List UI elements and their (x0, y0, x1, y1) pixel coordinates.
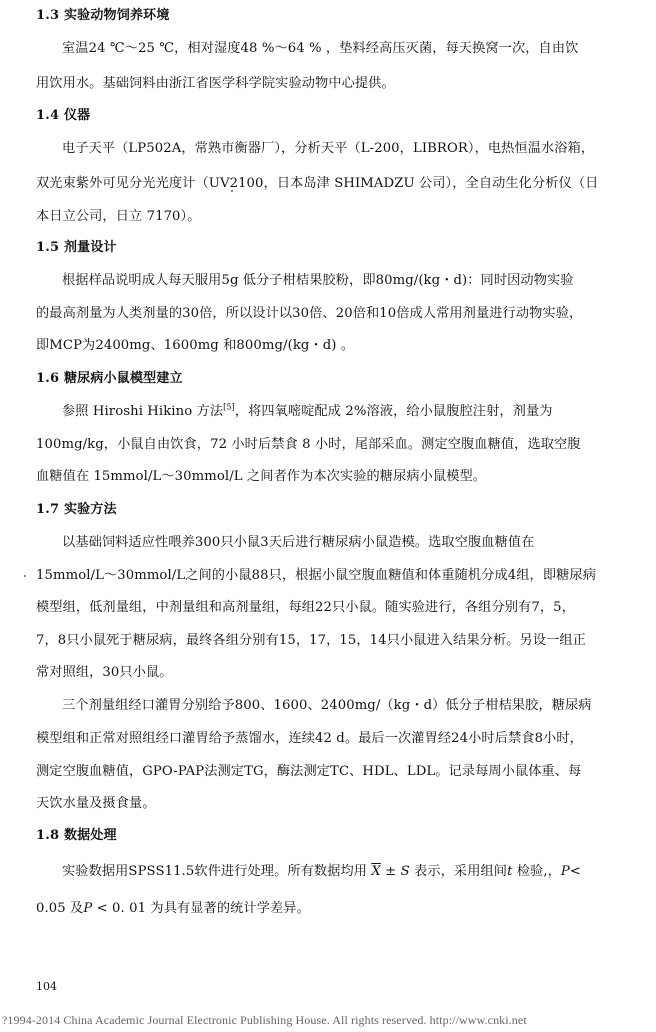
text: 参照 Hiroshi Hikino 方法 (62, 404, 223, 419)
paragraph-line: 即MCP为2400mg、1600mg 和800mg/(kg・d) 。 (36, 334, 354, 353)
paragraph-line: 100mg/kg，小鼠自由饮食，72 小时后禁食 8 小时，尾部采血。测定空腹血… (36, 433, 581, 452)
heading-1-3: 1.3 实验动物饲养环境 (36, 4, 170, 23)
sd-symbol: S (401, 864, 410, 879)
document-page: 1.3 实验动物饲养环境 室温24 ℃～25 ℃，相对湿度48 %～64 % ，… (0, 0, 656, 1032)
heading-1-4: 1.4 仪器 (36, 104, 90, 123)
paragraph-line: 三个剂量组经口灌胃分别给予800、1600、2400mg/（kg・d）低分子柑桔… (62, 694, 592, 713)
scan-speck (24, 575, 26, 577)
heading-1-5: 1.5 剂量设计 (36, 236, 117, 255)
paragraph-line: 根据样品说明成人每天服用5g 低分子柑桔果胶粉，即80mg/(kg・d)：同时因… (62, 269, 574, 288)
paragraph-line: 以基础饲料适应性喂养300只小鼠3天后进行糖尿病小鼠造模。选取空腹血糖值在 (62, 531, 534, 550)
paragraph-line: 15mmol/L～30mmol/L之间的小鼠88只，根据小鼠空腹血糖值和体重随机… (36, 564, 596, 583)
paragraph-line: 天饮水量及摄食量。 (36, 792, 156, 811)
heading-1-8: 1.8 数据处理 (36, 824, 117, 843)
paragraph-line: 0.05 及P < 0. 01 为具有显著的统计学差异。 (36, 897, 310, 916)
scan-speck (231, 190, 233, 192)
p-symbol: P (561, 864, 570, 879)
heading-1-6: 1.6 糖尿病小鼠模型建立 (36, 367, 183, 386)
paragraph-line: 电子天平（LP502A，常熟市衡器厂），分析天平（L-200，LIBROR），电… (62, 137, 594, 156)
paragraph-line: 双光束紫外可见分光光度计（UV2100，日本岛津 SHIMADZU 公司），全自… (36, 172, 598, 191)
heading-1-7: 1.7 实验方法 (36, 498, 117, 517)
p-symbol: P (83, 901, 92, 916)
mean-symbol: X (371, 864, 381, 879)
paragraph-line: 本日立公司，日立 7170）。 (36, 205, 201, 224)
paragraph-line: 常对照组，30只小鼠。 (36, 661, 173, 680)
paragraph-line: 室温24 ℃～25 ℃，相对湿度48 %～64 % ，垫料经高压灭菌，每天换窝一… (62, 37, 578, 56)
paragraph-line: 模型组，低剂量组，中剂量组和高剂量组，每组22只小鼠。随实验进行，各组分别有7，… (36, 596, 575, 615)
copyright-footer: ?1994-2014 China Academic Journal Electr… (2, 1013, 527, 1028)
text: < 0. 01 为具有显著的统计学差异。 (92, 901, 310, 916)
text: 检验,， (512, 864, 560, 879)
paragraph-line: 血糖值在 15mmol/L～30mmol/L 之间者作为本次实验的糖尿病小鼠模型… (36, 465, 486, 484)
paragraph-line: 的最高剂量为人类剂量的30倍，所以设计以30倍、20倍和10倍成人常用剂量进行动… (36, 302, 582, 321)
paragraph-line: 测定空腹血糖值，GPO-PAP法测定TG，酶法测定TC、HDL、LDL。记录每周… (36, 760, 581, 779)
paragraph-line: 用饮用水。基础饲料由浙江省医学科学院实验动物中心提供。 (36, 72, 395, 91)
text: ，将四氧嘧啶配成 2%溶液，给小鼠腹腔注射，剂量为 (235, 404, 553, 419)
paragraph-line: 模型组和正常对照组经口灌胃给予蒸馏水，连续42 d。最后一次灌胃经24小时后禁食… (36, 727, 583, 746)
page-number: 104 (36, 980, 57, 993)
text: < (570, 864, 581, 879)
paragraph-line: 实验数据用SPSS11.5软件进行处理。所有数据均用 X ± S 表示，采用组间… (62, 860, 581, 879)
text: 实验数据用SPSS11.5软件进行处理。所有数据均用 (62, 864, 371, 879)
paragraph-line: 7，8只小鼠死于糖尿病，最终各组分别有15，17，15，14只小鼠进入结果分析。… (36, 629, 586, 648)
citation-ref: [5] (223, 403, 235, 412)
paragraph-line: 参照 Hiroshi Hikino 方法[5]，将四氧嘧啶配成 2%溶液，给小鼠… (62, 400, 553, 419)
text: ± (381, 864, 401, 879)
text: 表示，采用组间 (410, 864, 507, 879)
text: 0.05 及 (36, 901, 83, 916)
